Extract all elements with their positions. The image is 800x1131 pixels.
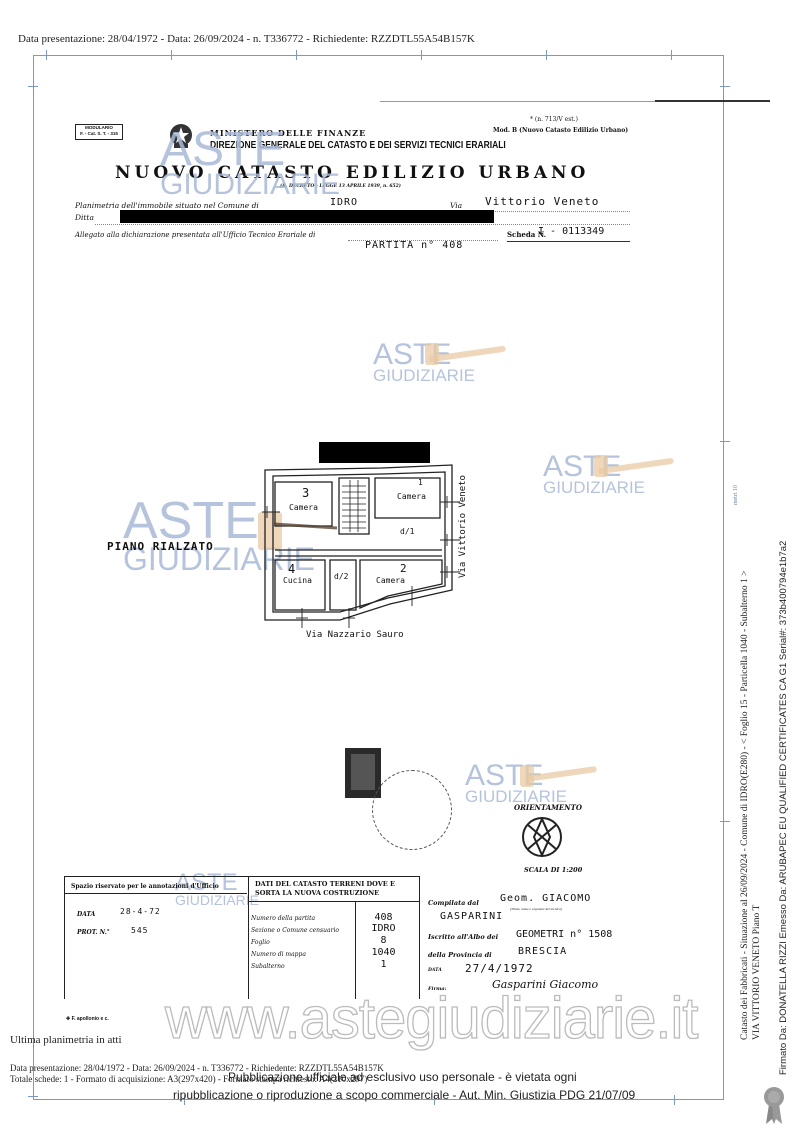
compass-icon	[520, 815, 564, 859]
room-number: 1	[418, 478, 423, 487]
floor-label: PIANO RIALZATO	[107, 540, 214, 553]
street-name-side: Via Vittorio Veneto	[458, 468, 468, 578]
publication-notice-1: Pubblicazione ufficiale ad esclusivo uso…	[228, 1070, 577, 1084]
scale-label: SCALA DI 1:200	[524, 866, 582, 874]
prot-label: PROT. N.°	[77, 929, 110, 936]
footer-ultima: Ultima planimetria in atti	[10, 1034, 122, 1046]
catasto-row-value: 1040	[356, 947, 411, 958]
redacted-owner	[120, 210, 494, 223]
compiler-date-value: 27/4/1972	[465, 962, 534, 975]
planimetria-label: Planimetria dell'immobile situato nel Co…	[75, 201, 259, 210]
street-name-bottom: Via Nazzario Sauro	[306, 630, 404, 640]
catasto-row-value: IDRO	[356, 923, 411, 934]
professional-stamp	[372, 770, 452, 850]
ditta-label: Ditta	[75, 213, 94, 222]
data-value: 28-4-72	[120, 907, 161, 916]
scheda-value: I - 0113349	[538, 226, 604, 237]
floor-plan-drawing	[262, 462, 462, 632]
catasto-header: DATI DEL CATASTO TERRENI DOVE E SORTA LA…	[255, 880, 415, 898]
printer-mark: ✚ F. apollonio e c.	[66, 1016, 109, 1022]
room-number: 2	[400, 562, 407, 575]
side-catasto-line-2: VIA VITTORIO VENETO Piano T	[752, 860, 762, 1040]
office-annotations-header: Spazio riservato per le annotazioni d'Uf…	[71, 883, 219, 890]
provincia-value: BRESCIA	[518, 946, 567, 957]
room-number: 3	[302, 486, 309, 500]
model-ref-2: Mod. B (Nuovo Catasto Edilizio Urbano)	[493, 127, 628, 134]
albo-label: Iscritto all'Albo dei	[428, 933, 498, 941]
publication-notice-2: ripubblicazione o riproduzione a scopo c…	[173, 1088, 635, 1102]
allegato-label: Allegato alla dichiarazione presentata a…	[75, 231, 315, 239]
room-name: Camera	[397, 492, 426, 501]
redacted-neighbour	[319, 442, 430, 463]
via-value: Vittorio Veneto	[485, 195, 599, 208]
top-rule-heavy	[655, 100, 770, 102]
orientation-label: ORIENTAMENTO	[514, 803, 582, 812]
header-info-line: Data presentazione: 28/04/1972 - Data: 2…	[18, 33, 475, 45]
catasto-row-label: Sezione o Comune censuario	[251, 927, 339, 934]
catasto-row-label: Subalterno	[251, 963, 285, 970]
modulario-box: MODULARIO F. - Cat. S. T. - 315	[75, 124, 123, 140]
catasto-row-label: Numero di mappa	[251, 951, 306, 958]
catasto-row-value: 1	[356, 959, 411, 970]
catasto-row-label: Numero della partita	[251, 915, 315, 922]
watermark-aste: ASTEGIUDIZIARIE	[465, 762, 567, 804]
albo-value: GEOMETRI n° 1508	[516, 929, 612, 940]
catasto-row-value: 8	[356, 935, 411, 946]
watermark-aste: ASTEGIUDIZIARIE	[160, 128, 340, 198]
compiler-name-1: Geom. GIACOMO	[500, 893, 591, 904]
side-catasto-line-1: Catasto dei Fabbricati - Situazione al 2…	[740, 485, 750, 1040]
catasto-row-value: 408	[356, 912, 411, 923]
digital-signature-info: Firmato Da: DONATELLA RIZZI Emesso Da: A…	[778, 545, 789, 1075]
provincia-label: della Provincia di	[428, 951, 492, 959]
room-name: Cucina	[283, 576, 312, 585]
annotations-table: Spazio riservato per le annotazioni d'Uf…	[64, 876, 420, 999]
model-ref-1: * (n. 713/V est.)	[530, 116, 578, 123]
room-name: Camera	[289, 503, 318, 512]
compiler-date-label: DATA	[428, 968, 442, 973]
partita-value: PARTITA n° 408	[365, 240, 463, 251]
room-number: 4	[288, 562, 295, 576]
data-label: DATA	[77, 911, 95, 918]
prot-value: 545	[131, 926, 148, 935]
side-stamp-small: metri 10	[733, 485, 739, 505]
corridor-label: d/1	[400, 527, 414, 536]
room-name: Camera	[376, 576, 405, 585]
site-watermark: www.astegiudiziarie.it	[165, 985, 697, 1052]
watermark-aste: ASTEGIUDIZIARIE	[373, 341, 475, 383]
corridor-label: d/2	[334, 572, 348, 581]
compiler-caption: (Titolo, nome e cognome del tecnico)	[510, 907, 562, 911]
via-label: Via	[450, 201, 462, 210]
compiler-name-2: GASPARINI	[440, 911, 503, 922]
digital-seal-icon	[763, 1086, 785, 1126]
catasto-row-label: Foglio	[251, 939, 270, 946]
compilata-label: Compilata dal	[428, 899, 479, 907]
